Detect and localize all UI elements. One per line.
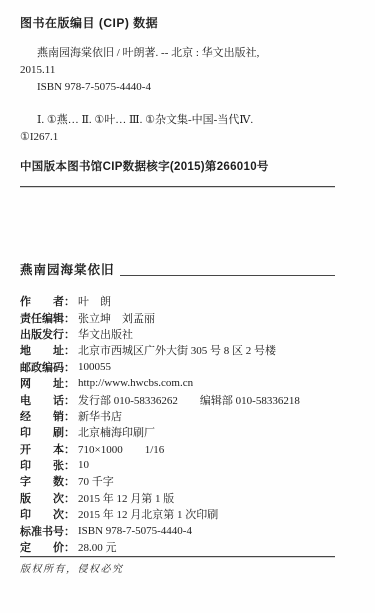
cip-classification-block: Ⅰ. ①燕… Ⅱ. ①叶… Ⅲ. ①杂文集-中国-当代Ⅳ. ①I267.1	[20, 112, 335, 146]
row-label: 网 址：	[20, 375, 75, 391]
row-value: 新华书店	[78, 408, 122, 424]
row-value: 2015 年 12 月北京第 1 次印刷	[78, 506, 218, 522]
cip-header: 图书在版编目 (CIP) 数据	[20, 14, 335, 31]
row-label: 印 张：	[20, 457, 75, 473]
title-underline	[120, 275, 335, 276]
divider-line-bottom	[20, 556, 335, 557]
row-label: 出版发行：	[20, 326, 75, 342]
row-label: 开 本：	[20, 441, 75, 457]
row-value: 发行部 010-58336262 编辑部 010-58336218	[78, 392, 300, 408]
row-label: 印 次：	[20, 506, 75, 522]
row-label: 责任编辑：	[20, 310, 75, 326]
colophon-row-isbn: 标准书号：ISBN 978-7-5075-4440-4	[20, 522, 335, 538]
cip-entry-block: 燕南园海棠依旧 / 叶朗著. -- 北京 : 华文出版社, 2015.11 IS…	[20, 45, 335, 96]
cip-registry-line: 中国版本图书馆CIP数据核字(2015)第266010号	[20, 158, 335, 174]
row-value: http://www.hwcbs.com.cn	[78, 377, 193, 389]
colophon-row-phone: 电 话：发行部 010-58336262 编辑部 010-58336218	[20, 391, 335, 407]
colophon-row-address: 地 址：北京市西城区广外大街 305 号 8 区 2 号楼	[20, 342, 335, 358]
cip-isbn-line: ISBN 978-7-5075-4440-4	[20, 79, 335, 96]
row-value: 70 千字	[78, 473, 114, 489]
book-title: 燕南园海棠依旧	[20, 260, 115, 278]
row-value: ISBN 978-7-5075-4440-4	[78, 525, 192, 537]
colophon-row-website: 网 址：http://www.hwcbs.com.cn	[20, 375, 335, 391]
row-label: 电 话：	[20, 392, 75, 408]
row-label: 邮政编码：	[20, 359, 75, 375]
row-label: 定 价：	[20, 539, 75, 555]
row-label: 作 者：	[20, 293, 75, 309]
row-label: 地 址：	[20, 342, 75, 358]
colophon-row-impression: 印 次：2015 年 12 月北京第 1 次印刷	[20, 506, 335, 522]
colophon-row-format: 开 本：710×1000 1/16	[20, 441, 335, 457]
cip-class-line2: ①I267.1	[20, 129, 335, 146]
colophon-row-publisher: 出版发行：华文出版社	[20, 326, 335, 342]
row-label: 印 刷：	[20, 424, 75, 440]
row-label: 标准书号：	[20, 523, 75, 539]
colophon-row-wordcount: 字 数：70 千字	[20, 473, 335, 489]
colophon-row-sheets: 印 张：10	[20, 457, 335, 473]
book-title-row: 燕南园海棠依旧	[20, 260, 335, 278]
row-value: 100055	[78, 361, 111, 373]
row-value: 北京市西城区广外大街 305 号 8 区 2 号楼	[78, 342, 276, 358]
row-label: 经 销：	[20, 408, 75, 424]
row-value: 2015 年 12 月第 1 版	[78, 490, 174, 506]
row-value: 28.00 元	[78, 539, 117, 555]
divider-line-top	[20, 186, 335, 187]
colophon-row-printer: 印 刷：北京楠海印刷厂	[20, 424, 335, 440]
row-value: 张立坤 刘孟丽	[78, 310, 155, 326]
colophon-rows: 作 者：叶 朗 责任编辑：张立坤 刘孟丽 出版发行：华文出版社 地 址：北京市西…	[20, 293, 335, 555]
colophon-row-price: 定 价：28.00 元	[20, 539, 335, 555]
row-value: 710×1000 1/16	[78, 441, 164, 457]
colophon-row-distributor: 经 销：新华书店	[20, 408, 335, 424]
row-value: 10	[78, 459, 89, 471]
colophon-row-postcode: 邮政编码：100055	[20, 359, 335, 375]
row-value: 北京楠海印刷厂	[78, 424, 155, 440]
cip-entry-line1: 燕南园海棠依旧 / 叶朗著. -- 北京 : 华文出版社,	[20, 45, 335, 62]
copyright-notice: 版权所有，侵权必究	[20, 560, 335, 575]
row-value: 华文出版社	[78, 326, 133, 342]
cip-entry-line2: 2015.11	[20, 62, 335, 79]
row-label: 版 次：	[20, 490, 75, 506]
colophon-row-author: 作 者：叶 朗	[20, 293, 335, 309]
colophon-row-editor: 责任编辑：张立坤 刘孟丽	[20, 309, 335, 325]
row-value: 叶 朗	[78, 293, 111, 309]
cip-class-line1: Ⅰ. ①燕… Ⅱ. ①叶… Ⅲ. ①杂文集-中国-当代Ⅳ.	[20, 112, 335, 129]
book-copyright-page: 图书在版编目 (CIP) 数据 燕南园海棠依旧 / 叶朗著. -- 北京 : 华…	[0, 0, 375, 613]
row-label: 字 数：	[20, 473, 75, 489]
colophon-row-edition: 版 次：2015 年 12 月第 1 版	[20, 490, 335, 506]
